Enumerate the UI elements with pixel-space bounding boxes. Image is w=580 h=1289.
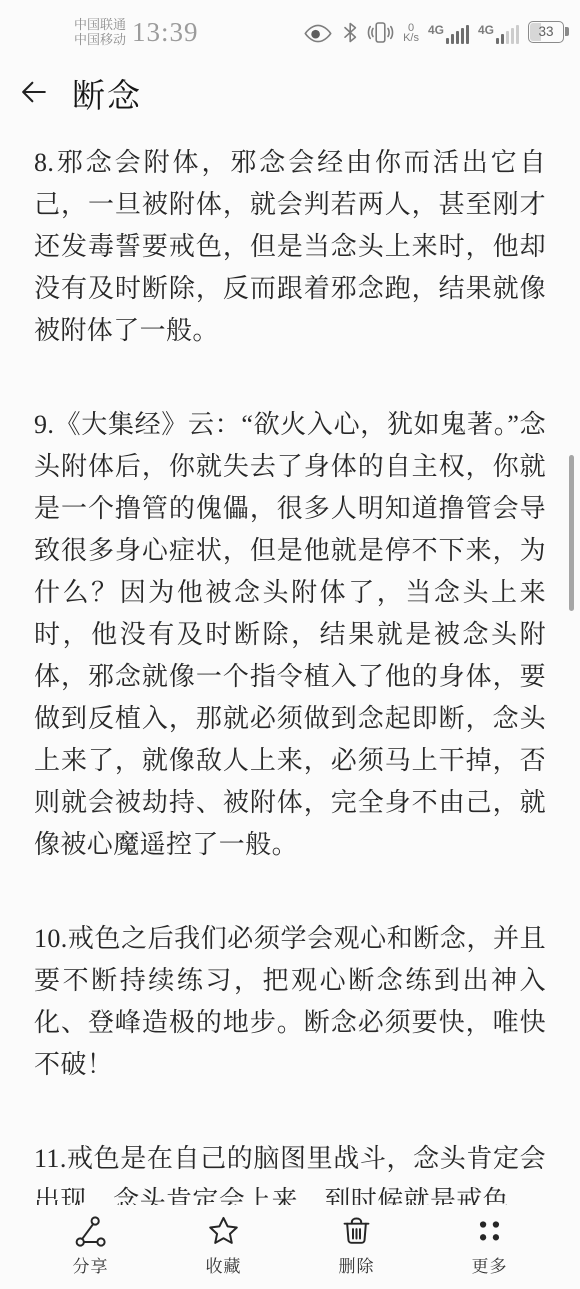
sim1-signal-bars bbox=[446, 24, 469, 44]
bluetooth-icon bbox=[342, 21, 358, 44]
title-bar: 断念 bbox=[0, 58, 580, 128]
toolbar-label-more: 更多 bbox=[472, 1252, 508, 1277]
carrier-2: 中国移动 bbox=[74, 32, 126, 47]
more-button[interactable]: 更多 bbox=[423, 1214, 556, 1289]
star-icon bbox=[206, 1214, 241, 1249]
toolbar-label-delete: 删除 bbox=[339, 1252, 375, 1277]
battery-icon: 33 bbox=[528, 21, 564, 43]
favorite-button[interactable]: 收藏 bbox=[157, 1214, 290, 1289]
sim1-signal: 4G bbox=[428, 24, 469, 44]
more-dots-icon bbox=[472, 1214, 507, 1249]
carrier-1: 中国联通 bbox=[74, 17, 126, 32]
status-clock: 13:39 bbox=[132, 17, 199, 48]
sim1-network-label: 4G bbox=[428, 25, 444, 35]
bottom-toolbar: 分享 收藏 删除 更多 bbox=[0, 1205, 580, 1289]
delete-button[interactable]: 删除 bbox=[290, 1214, 423, 1289]
share-button[interactable]: 分享 bbox=[24, 1214, 157, 1289]
carrier-labels: 中国联通 中国移动 bbox=[74, 17, 126, 47]
network-speed-value: 0 bbox=[403, 23, 419, 33]
sim2-signal: 4G bbox=[478, 24, 519, 44]
status-bar: 中国联通 中国移动 13:39 0 bbox=[0, 0, 580, 58]
article-paragraph: 10.戒色之后我们必须学会观心和断念，并且要不断持续练习，把观心断念练到出神入化… bbox=[34, 918, 546, 1086]
back-button[interactable] bbox=[0, 69, 66, 117]
sim2-network-label: 4G bbox=[478, 25, 494, 35]
toolbar-label-share: 分享 bbox=[73, 1252, 109, 1277]
share-icon bbox=[73, 1214, 108, 1249]
sim2-signal-bars bbox=[496, 24, 519, 44]
back-arrow-icon bbox=[17, 76, 50, 111]
article-paragraph: 8.邪念会附体，邪念会经由你而活出它自己，一旦被附体，就会判若两人，甚至刚才还发… bbox=[34, 142, 546, 352]
article-content: 8.邪念会附体，邪念会经由你而活出它自己，一旦被附体，就会判若两人，甚至刚才还发… bbox=[0, 128, 580, 1289]
scrollbar-thumb[interactable] bbox=[569, 455, 574, 611]
eye-protection-icon bbox=[303, 23, 333, 44]
toolbar-label-favorite: 收藏 bbox=[206, 1252, 242, 1277]
trash-icon bbox=[339, 1214, 374, 1249]
network-speed-unit: K/s bbox=[403, 33, 419, 43]
vibrate-icon bbox=[367, 21, 394, 44]
article-paragraph: 9.《大集经》云：“欲火入心，犹如鬼著。”念头附体后，你就失去了身体的自主权，你… bbox=[34, 404, 546, 866]
network-speed: 0 K/s bbox=[403, 23, 419, 44]
page-title: 断念 bbox=[72, 70, 142, 117]
battery-percent: 33 bbox=[538, 24, 553, 39]
